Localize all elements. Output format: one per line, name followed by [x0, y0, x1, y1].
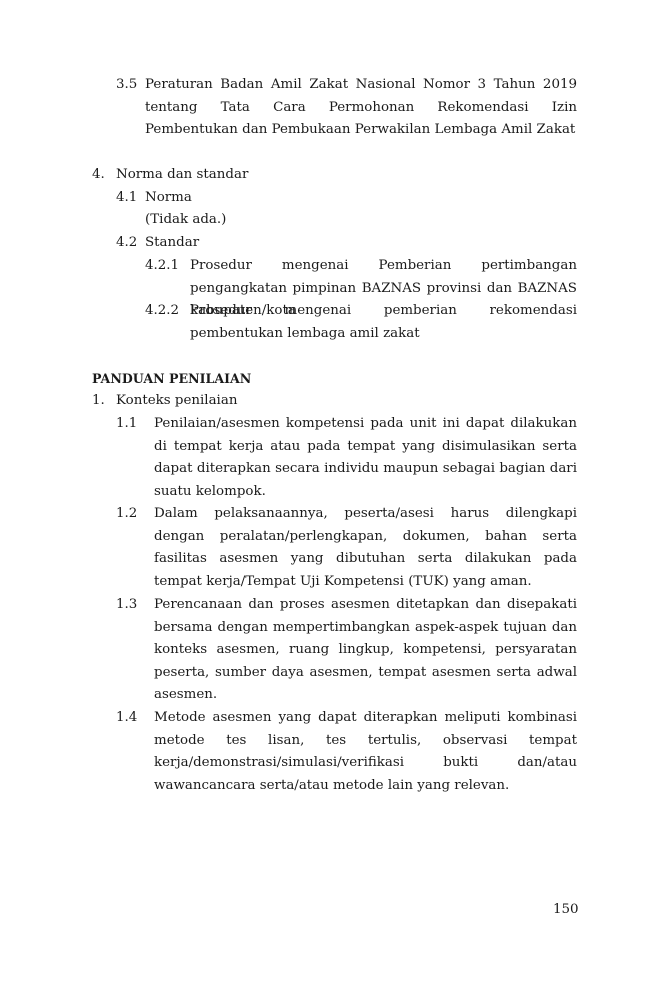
panduan-section-1-number: 1.	[92, 390, 105, 412]
item-1-3-text: Perencanaan dan proses asesmen ditetapka…	[154, 594, 577, 707]
item-4-2-2-number: 4.2.2	[145, 300, 179, 322]
document-page: 3.5 Peraturan Badan Amil Zakat Nasional …	[0, 0, 654, 1000]
item-1-3-number: 1.3	[116, 594, 137, 616]
item-3-5-text: Peraturan Badan Amil Zakat Nasional Nomo…	[145, 74, 577, 142]
item-1-1-text: Penilaian/asesmen kompetensi pada unit i…	[154, 413, 577, 503]
item-4-2-1-number: 4.2.1	[145, 255, 179, 277]
item-1-4-number: 1.4	[116, 707, 137, 729]
item-4-1-number: 4.1	[116, 187, 137, 209]
item-4-2-2-text: Prosedur mengenai pemberian rekomendasi …	[190, 300, 577, 345]
section-4-title: Norma dan standar	[116, 164, 248, 186]
item-4-2-title: Standar	[145, 232, 199, 254]
item-1-2-text: Dalam pelaksanaannya, peserta/asesi haru…	[154, 503, 577, 593]
item-1-2-number: 1.2	[116, 503, 137, 525]
item-3-5-number: 3.5	[116, 74, 137, 96]
item-4-2-2-body: Prosedur mengenai pemberian rekomendasi …	[190, 303, 577, 341]
section-4-number: 4.	[92, 164, 105, 186]
item-4-1-title: Norma	[145, 187, 192, 209]
panduan-section-1-title: Konteks penilaian	[116, 390, 237, 412]
item-1-4-text: Metode asesmen yang dapat diterapkan mel…	[154, 707, 577, 797]
item-4-1-note: (Tidak ada.)	[145, 209, 226, 231]
page-number: 150	[553, 902, 579, 917]
panduan-heading: PANDUAN PENILAIAN	[92, 368, 251, 390]
item-4-2-number: 4.2	[116, 232, 137, 254]
item-1-1-number: 1.1	[116, 413, 137, 435]
